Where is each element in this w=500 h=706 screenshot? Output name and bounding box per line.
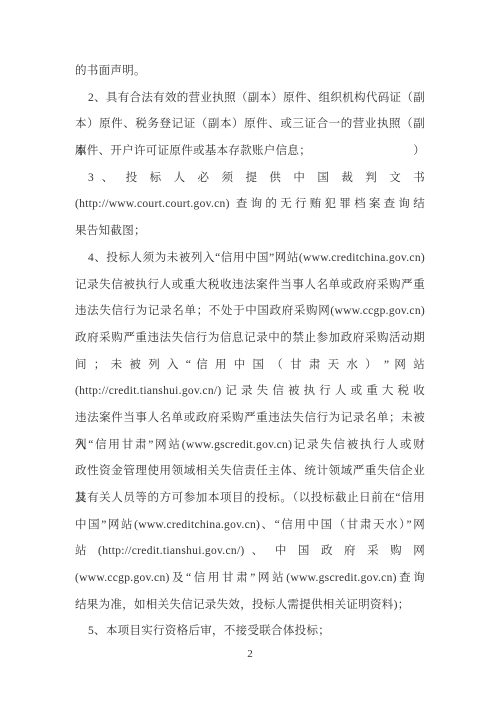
document-line-12: 间 ； 未 被 列 入 “ 信 用 中 国 （ 甘 肃 天 水 ） ” 网 站 [75, 352, 425, 379]
document-body-text: 的书面声明。 2、具有合法有效的营业执照（副本）原件、组织机构代码证（副 本）原… [75, 58, 425, 645]
document-line-17: 其有关人员等的方可参加本项目的投标。（以投标截止日前在“信用 [75, 485, 425, 512]
document-line-3: 本）原件、税务登记证（副本）原件、或三证合一的营业执照（副本） [75, 111, 425, 138]
document-line-20: (www.ccgp.gov.cn)及“信用甘肃”网站(www.gscredit.… [75, 565, 425, 592]
document-line-9: 记录失信被执行人或重大税收违法案件当事人名单或政府采购严重 [75, 272, 425, 299]
document-line-21: 结果为准，如相关失信记录失效，投标人需提供相关证明资料)； [75, 592, 425, 619]
document-line-6: (http://www.court.court.gov.cn) 查询的无行贿犯罪… [75, 191, 425, 218]
document-line-11: 政府采购严重违法失信行为信息记录中的禁止参加政府采购活动期 [75, 325, 425, 352]
document-line-14: 违法案件当事人名单或政府采购严重违法失信行为记录名单；未被列 [75, 405, 425, 432]
document-line-5: 3 、 投 标 人 必 须 提 供 中 国 裁 判 文 书 [75, 165, 425, 192]
document-line-18: 中国”网站(www.creditchina.gov.cn)、“信用中国（甘肃天水… [75, 512, 425, 539]
document-line-7: 果告知截图； [75, 218, 425, 245]
document-line-8: 4、投标人须为未被列入“信用中国”网站(www.creditchina.gov.… [75, 245, 425, 272]
document-line-22: 5、本项目实行资格后审，不接受联合体投标； [75, 618, 425, 645]
document-line-2: 2、具有合法有效的营业执照（副本）原件、组织机构代码证（副 [75, 85, 425, 112]
document-line-10: 违法失信行为记录名单；不处于中国政府采购网(www.ccgp.gov.cn) [75, 298, 425, 325]
document-line-13: (http://credit.tianshui.gov.cn/)记录失信被执行人… [75, 378, 425, 405]
document-line-1: 的书面声明。 [75, 58, 425, 85]
page-number: 2 [0, 648, 500, 660]
document-line-16: 政性资金管理使用领域相关失信责任主体、统计领域严重失信企业及 [75, 458, 425, 485]
document-page: 的书面声明。 2、具有合法有效的营业执照（副本）原件、组织机构代码证（副 本）原… [0, 0, 500, 706]
document-line-19: 站 (http://credit.tianshui.gov.cn/) 、 中 国… [75, 538, 425, 565]
document-line-15: 入“信用甘肃”网站(www.gscredit.gov.cn)记录失信被执行人或财 [75, 432, 425, 459]
